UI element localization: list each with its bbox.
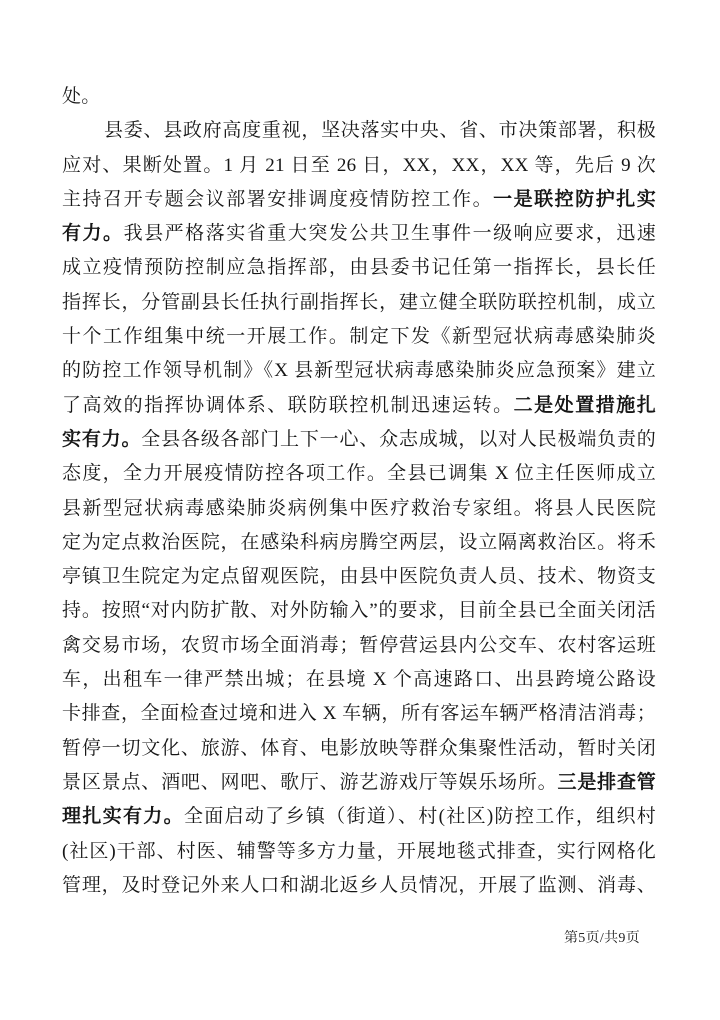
- text-line: 十个工作组集中统一开展工作。制定下发《新型冠状病毒感染肺炎: [62, 320, 656, 354]
- text-line: (社区)干部、村医、辅警等多方力量，开展地毯式排查，实行网格化: [62, 835, 656, 869]
- text-segment: 禽交易市场，农贸市场全面消毒；暂停营运县内公交车、农村客运班: [62, 635, 656, 656]
- text-line: 了高效的指挥协调体系、联防联控机制迅速运转。二是处置措施扎: [62, 389, 656, 423]
- bold-text-segment: 二是处置措施扎: [514, 395, 656, 416]
- text-segment: 的防控工作领导机制》《X 县新型冠状病毒感染肺炎应急预案》建立: [62, 360, 656, 381]
- text-segment: 全面启动了乡镇（街道）、村(社区)防控工作，组织村: [184, 806, 656, 827]
- text-segment: 车，出租车一律严禁出城；在县境 X 个高速路口、出县跨境公路设: [62, 669, 656, 690]
- text-line: 车，出租车一律严禁出城；在县境 X 个高速路口、出县跨境公路设: [62, 663, 656, 697]
- text-line: 的防控工作领导机制》《X 县新型冠状病毒感染肺炎应急预案》建立: [62, 354, 656, 388]
- text-segment: 持。按照“对内防扩散、对外防输入”的要求，目前全县已全面关闭活: [62, 600, 656, 621]
- text-segment: 成立疫情预防控制应急指挥部，由县委书记任第一指挥长，县长任: [62, 257, 656, 278]
- text-segment: 卡排查，全面检查过境和进入 X 车辆，所有客运车辆严格清洁消毒；: [62, 703, 656, 724]
- text-line: 县新型冠状病毒感染肺炎病例集中医疗救治专家组。将县人民医院: [62, 492, 656, 526]
- text-line: 管理，及时登记外来人口和湖北返乡人员情况，开展了监测、消毒、: [62, 869, 656, 903]
- text-segment: 管理，及时登记外来人口和湖北返乡人员情况，开展了监测、消毒、: [62, 875, 656, 896]
- text-segment: 定为定点救治医院，在感染科病房腾空两层，设立隔离救治区。将禾: [62, 532, 656, 553]
- bold-text-segment: 三是排查管: [558, 772, 656, 793]
- text-segment: 了高效的指挥协调体系、联防联控机制迅速运转。: [62, 395, 514, 416]
- text-line: 县委、县政府高度重视，坚决落实中央、省、市决策部署，积极: [62, 114, 656, 148]
- text-line: 主持召开专题会议部署安排调度疫情防控工作。一是联控防护扎实: [62, 183, 656, 217]
- text-line: 应对、果断处置。1 月 21 日至 26 日，XX，XX，XX 等，先后 9 次: [62, 149, 656, 183]
- text-line: 成立疫情预防控制应急指挥部，由县委书记任第一指挥长，县长任: [62, 251, 656, 285]
- text-segment: 县委、县政府高度重视，坚决落实中央、省、市决策部署，积极: [104, 120, 656, 141]
- text-segment: 县新型冠状病毒感染肺炎病例集中医疗救治专家组。将县人民医院: [62, 498, 656, 519]
- page-number-label: 第5页/共9页: [564, 931, 640, 946]
- text-line: 实有力。全县各级各部门上下一心、众志成城，以对人民极端负责的: [62, 423, 656, 457]
- text-line: 景区景点、酒吧、网吧、歌厅、游艺游戏厅等娱乐场所。三是排查管: [62, 766, 656, 800]
- text-line: 卡排查，全面检查过境和进入 X 车辆，所有客运车辆严格清洁消毒；: [62, 697, 656, 731]
- text-segment: 应对、果断处置。1 月 21 日至 26 日，XX，XX，XX 等，先后 9 次: [62, 155, 656, 176]
- text-segment: 处。: [62, 86, 100, 107]
- bold-text-segment: 有力。: [62, 223, 124, 244]
- bold-text-segment: 实有力。: [62, 429, 141, 450]
- text-line: 禽交易市场，农贸市场全面消毒；暂停营运县内公交车、农村客运班: [62, 629, 656, 663]
- text-line: 定为定点救治医院，在感染科病房腾空两层，设立隔离救治区。将禾: [62, 526, 656, 560]
- document-page: 处。县委、县政府高度重视，坚决落实中央、省、市决策部署，积极应对、果断处置。1 …: [0, 0, 720, 1020]
- text-line: 态度，全力开展疫情防控各项工作。全县已调集 X 位主任医师成立: [62, 457, 656, 491]
- text-segment: 十个工作组集中统一开展工作。制定下发《新型冠状病毒感染肺炎: [62, 326, 656, 347]
- document-body: 处。县委、县政府高度重视，坚决落实中央、省、市决策部署，积极应对、果断处置。1 …: [62, 80, 656, 903]
- page-footer: 第5页/共9页: [564, 930, 640, 948]
- text-line: 处。: [62, 80, 656, 114]
- text-segment: 我县严格落实省重大突发公共卫生事件一级响应要求，迅速: [124, 223, 656, 244]
- text-segment: (社区)干部、村医、辅警等多方力量，开展地毯式排查，实行网格化: [62, 841, 656, 862]
- text-segment: 主持召开专题会议部署安排调度疫情防控工作。: [62, 189, 493, 210]
- text-segment: 景区景点、酒吧、网吧、歌厅、游艺游戏厅等娱乐场所。: [62, 772, 558, 793]
- text-line: 理扎实有力。全面启动了乡镇（街道）、村(社区)防控工作，组织村: [62, 800, 656, 834]
- text-segment: 全县各级各部门上下一心、众志成城，以对人民极端负责的: [141, 429, 656, 450]
- text-segment: 指挥长，分管副县长任执行副指挥长，建立健全联防联控机制，成立: [62, 292, 656, 313]
- bold-text-segment: 一是联控防护扎实: [493, 189, 656, 210]
- text-line: 有力。我县严格落实省重大突发公共卫生事件一级响应要求，迅速: [62, 217, 656, 251]
- text-segment: 态度，全力开展疫情防控各项工作。全县已调集 X 位主任医师成立: [62, 463, 656, 484]
- text-line: 亭镇卫生院定为定点留观医院，由县中医院负责人员、技术、物资支: [62, 560, 656, 594]
- text-segment: 暂停一切文化、旅游、体育、电影放映等群众集聚性活动，暂时关闭: [62, 738, 656, 759]
- text-line: 暂停一切文化、旅游、体育、电影放映等群众集聚性活动，暂时关闭: [62, 732, 656, 766]
- text-line: 指挥长，分管副县长任执行副指挥长，建立健全联防联控机制，成立: [62, 286, 656, 320]
- text-line: 持。按照“对内防扩散、对外防输入”的要求，目前全县已全面关闭活: [62, 594, 656, 628]
- text-segment: 亭镇卫生院定为定点留观医院，由县中医院负责人员、技术、物资支: [62, 566, 656, 587]
- bold-text-segment: 理扎实有力。: [62, 806, 184, 827]
